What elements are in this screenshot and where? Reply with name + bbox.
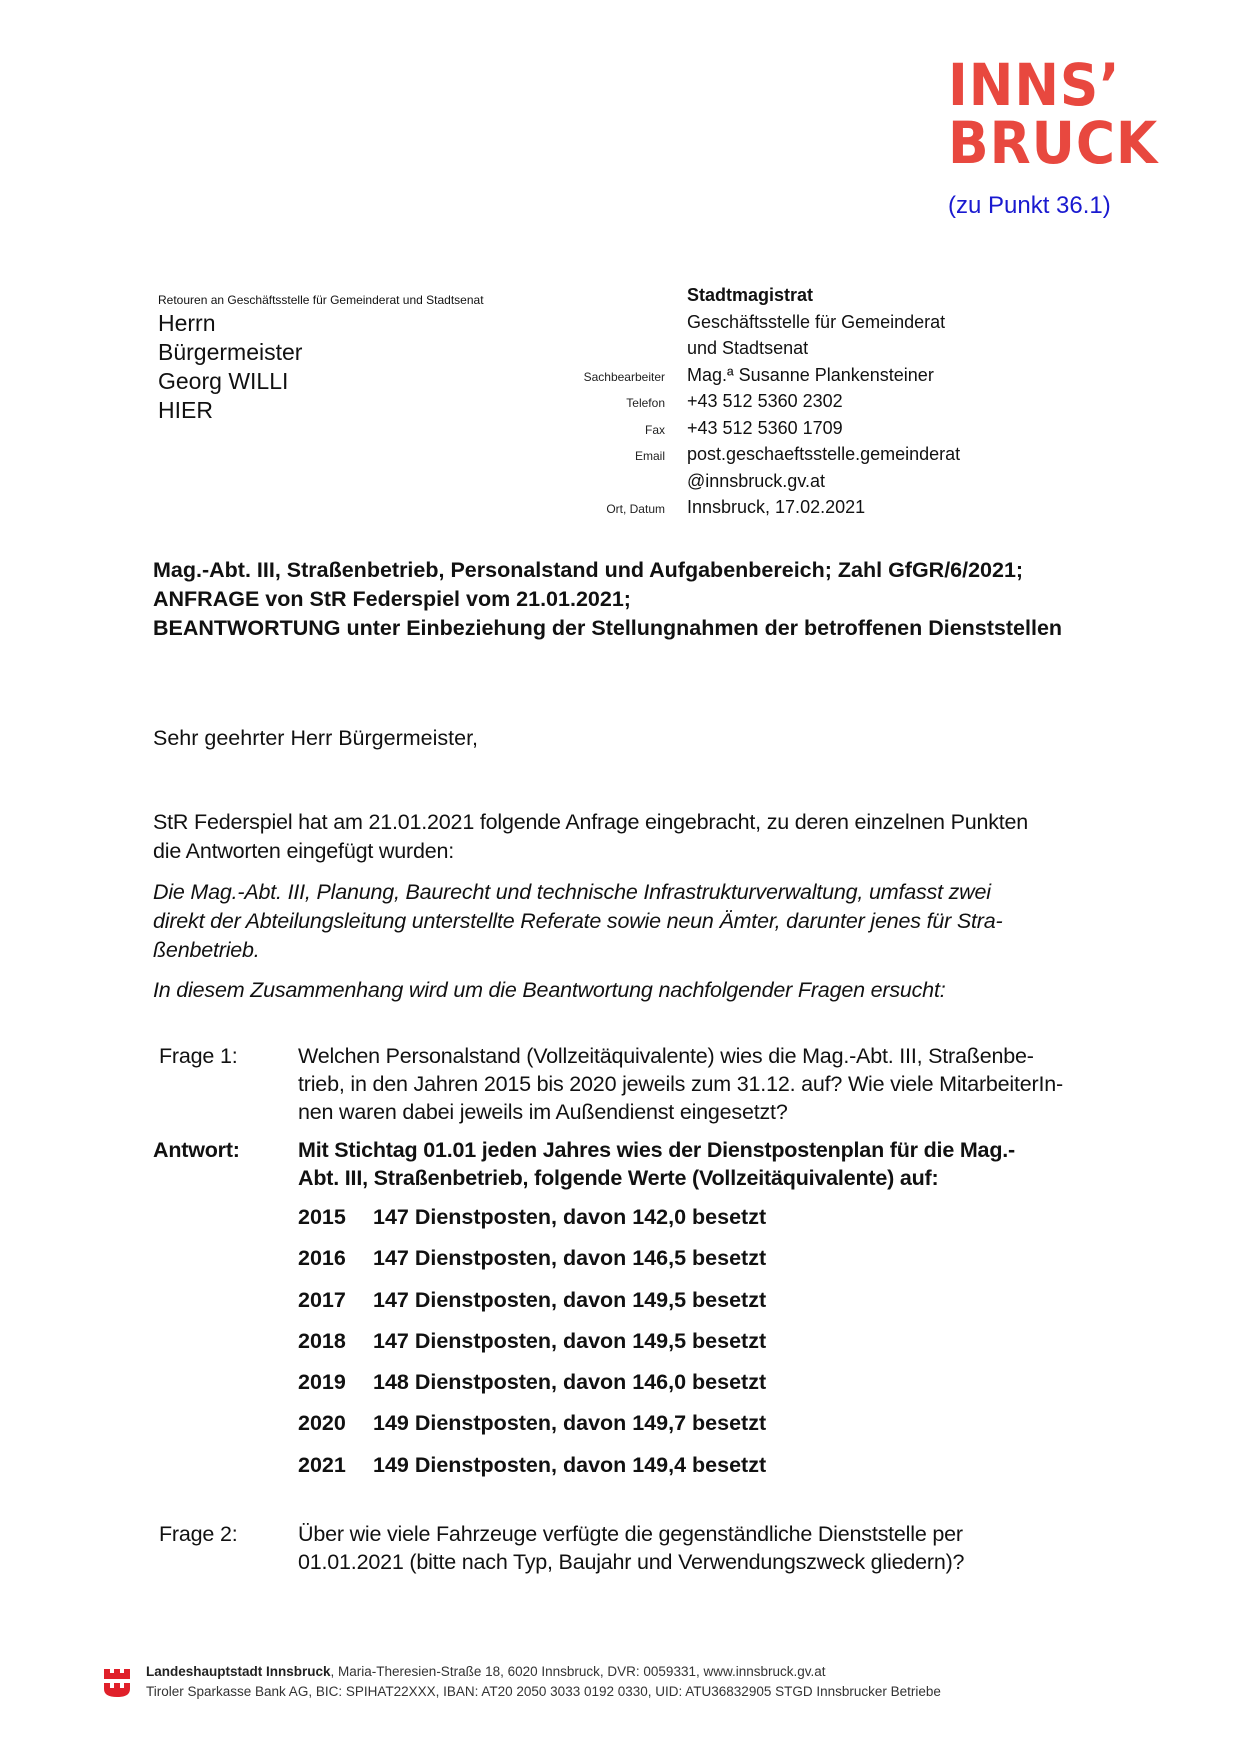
- staffing-value: 147 Dienstposten, davon 146,5 besetzt: [373, 1246, 766, 1287]
- staffing-row: 2017 147 Dienstposten, davon 149,5 beset…: [298, 1288, 766, 1329]
- question-1: Frage 1: Welchen Personalstand (Vollzeit…: [153, 1042, 1133, 1126]
- quote-line: Die Mag.-Abt. III, Planung, Baurecht und…: [153, 878, 1133, 907]
- question-line: nen waren dabei jeweils im Außendienst e…: [298, 1098, 1063, 1126]
- staffing-value: 147 Dienstposten, davon 142,0 besetzt: [373, 1205, 766, 1246]
- intro-line: StR Federspiel hat am 21.01.2021 folgend…: [153, 808, 1133, 837]
- answer-label: Antwort:: [153, 1136, 298, 1192]
- sender-row: und Stadtsenat: [560, 338, 1020, 365]
- subject-line: ANFRAGE von StR Federspiel vom 21.01.202…: [153, 585, 1153, 614]
- recipient-address: Herrn Bürgermeister Georg WILLI HIER: [158, 309, 302, 425]
- subject: Mag.-Abt. III, Straßenbetrieb, Personals…: [153, 556, 1153, 643]
- logo-line-2: BRUCK: [948, 114, 1158, 172]
- question-text: Über wie viele Fahrzeuge verfügte die ge…: [298, 1520, 964, 1576]
- staffing-value: 149 Dienstposten, davon 149,4 besetzt: [373, 1453, 766, 1494]
- footer-address: , Maria-Theresien-Straße 18, 6020 Innsbr…: [331, 1664, 826, 1679]
- question-2: Frage 2: Über wie viele Fahrzeuge verfüg…: [153, 1520, 1133, 1576]
- footer-text: Landeshauptstadt Innsbruck, Maria-Theres…: [146, 1662, 941, 1702]
- sender-block: Stadtmagistrat Geschäftsstelle für Gemei…: [560, 285, 1020, 524]
- subject-line: BEANTWORTUNG unter Einbeziehung der Stel…: [153, 614, 1153, 643]
- subject-line: Mag.-Abt. III, Straßenbetrieb, Personals…: [153, 556, 1153, 585]
- sender-label: Ort, Datum: [560, 502, 687, 516]
- staffing-year: 2020: [298, 1411, 373, 1452]
- sender-org: Stadtmagistrat: [687, 285, 813, 306]
- sender-row: @innsbruck.gv.at: [560, 471, 1020, 498]
- salutation: Sehr geehrter Herr Bürgermeister,: [153, 726, 478, 751]
- question-label: Frage 2:: [153, 1520, 298, 1576]
- sender-row: Ort, Datum Innsbruck, 17.02.2021: [560, 497, 1020, 524]
- staffing-row: 2019 148 Dienstposten, davon 146,0 beset…: [298, 1370, 766, 1411]
- sender-label: Telefon: [560, 396, 687, 410]
- staffing-row: 2021 149 Dienstposten, davon 149,4 beset…: [298, 1453, 766, 1494]
- staffing-value: 147 Dienstposten, davon 149,5 besetzt: [373, 1288, 766, 1329]
- question-line: trieb, in den Jahren 2015 bis 2020 jewei…: [298, 1070, 1063, 1098]
- question-text: Welchen Personalstand (Vollzeitäquivalen…: [298, 1042, 1063, 1126]
- sender-email-cont[interactable]: @innsbruck.gv.at: [687, 471, 825, 492]
- sender-department-cont: und Stadtsenat: [687, 338, 808, 359]
- sender-email[interactable]: post.geschaeftsstelle.gemeinderat: [687, 444, 960, 465]
- staffing-year: 2016: [298, 1246, 373, 1287]
- innsbruck-logo: INNS’ BRUCK: [948, 56, 1176, 172]
- intro-paragraph: StR Federspiel hat am 21.01.2021 folgend…: [153, 808, 1133, 866]
- recipient-line: Georg WILLI: [158, 367, 302, 396]
- staffing-year: 2018: [298, 1329, 373, 1370]
- staffing-row: 2020 149 Dienstposten, davon 149,7 beset…: [298, 1411, 766, 1452]
- sender-clerk: Mag.ª Susanne Plankensteiner: [687, 365, 934, 386]
- question-line: 01.01.2021 (bitte nach Typ, Baujahr und …: [298, 1548, 964, 1576]
- sender-place-date: Innsbruck, 17.02.2021: [687, 497, 865, 518]
- sender-fax: +43 512 5360 1709: [687, 418, 843, 439]
- city-crest-icon: [102, 1665, 132, 1699]
- sender-row: Geschäftsstelle für Gemeinderat: [560, 312, 1020, 339]
- staffing-value: 147 Dienstposten, davon 149,5 besetzt: [373, 1329, 766, 1370]
- agenda-reference: (zu Punkt 36.1): [948, 192, 1111, 220]
- staffing-year: 2019: [298, 1370, 373, 1411]
- question-line: Welchen Personalstand (Vollzeitäquivalen…: [298, 1042, 1063, 1070]
- answer-text: Mit Stichtag 01.01 jeden Jahres wies der…: [298, 1136, 1015, 1192]
- staffing-value: 148 Dienstposten, davon 146,0 besetzt: [373, 1370, 766, 1411]
- answer-line: Abt. III, Straßenbetrieb, folgende Werte…: [298, 1164, 1015, 1192]
- sender-row: Telefon +43 512 5360 2302: [560, 391, 1020, 418]
- staffing-row: 2015 147 Dienstposten, davon 142,0 beset…: [298, 1205, 766, 1246]
- staffing-year: 2015: [298, 1205, 373, 1246]
- quote-line: direkt der Abteilungsleitung unterstellt…: [153, 907, 1133, 936]
- staffing-value: 149 Dienstposten, davon 149,7 besetzt: [373, 1411, 766, 1452]
- sender-row: Sachbearbeiter Mag.ª Susanne Plankenstei…: [560, 365, 1020, 392]
- footer-city: Landeshauptstadt Innsbruck: [146, 1664, 331, 1679]
- sender-row: Fax +43 512 5360 1709: [560, 418, 1020, 445]
- recipient-line: HIER: [158, 396, 302, 425]
- footer-line-1: Landeshauptstadt Innsbruck, Maria-Theres…: [146, 1662, 941, 1682]
- sender-department: Geschäftsstelle für Gemeinderat: [687, 312, 945, 333]
- sender-row: Stadtmagistrat: [560, 285, 1020, 312]
- sender-label: Email: [560, 449, 687, 463]
- staffing-row: 2018 147 Dienstposten, davon 149,5 beset…: [298, 1329, 766, 1370]
- recipient-line: Herrn: [158, 309, 302, 338]
- answer-line: Mit Stichtag 01.01 jeden Jahres wies der…: [298, 1136, 1015, 1164]
- staffing-row: 2016 147 Dienstposten, davon 146,5 beset…: [298, 1246, 766, 1287]
- footer-line-2: Tiroler Sparkasse Bank AG, BIC: SPIHAT22…: [146, 1682, 941, 1702]
- request-line: In diesem Zusammenhang wird um die Beant…: [153, 976, 1133, 1005]
- staffing-year: 2017: [298, 1288, 373, 1329]
- sender-label: Fax: [560, 423, 687, 437]
- answer-1: Antwort: Mit Stichtag 01.01 jeden Jahres…: [153, 1136, 1133, 1192]
- footer: Landeshauptstadt Innsbruck, Maria-Theres…: [102, 1662, 941, 1702]
- quote-paragraph: Die Mag.-Abt. III, Planung, Baurecht und…: [153, 878, 1133, 965]
- staffing-list: 2015 147 Dienstposten, davon 142,0 beset…: [298, 1205, 766, 1494]
- sender-row: Email post.geschaeftsstelle.gemeinderat: [560, 444, 1020, 471]
- quote-line: ßenbetrieb.: [153, 936, 1133, 965]
- return-address: Retouren an Geschäftsstelle für Gemeinde…: [158, 293, 484, 307]
- request-paragraph: In diesem Zusammenhang wird um die Beant…: [153, 976, 1133, 1005]
- staffing-year: 2021: [298, 1453, 373, 1494]
- intro-line: die Antworten eingefügt wurden:: [153, 837, 1133, 866]
- question-line: Über wie viele Fahrzeuge verfügte die ge…: [298, 1520, 964, 1548]
- sender-label: Sachbearbeiter: [560, 370, 687, 384]
- question-label: Frage 1:: [153, 1042, 298, 1126]
- sender-phone: +43 512 5360 2302: [687, 391, 843, 412]
- logo-line-1: INNS’: [948, 56, 1158, 114]
- recipient-line: Bürgermeister: [158, 338, 302, 367]
